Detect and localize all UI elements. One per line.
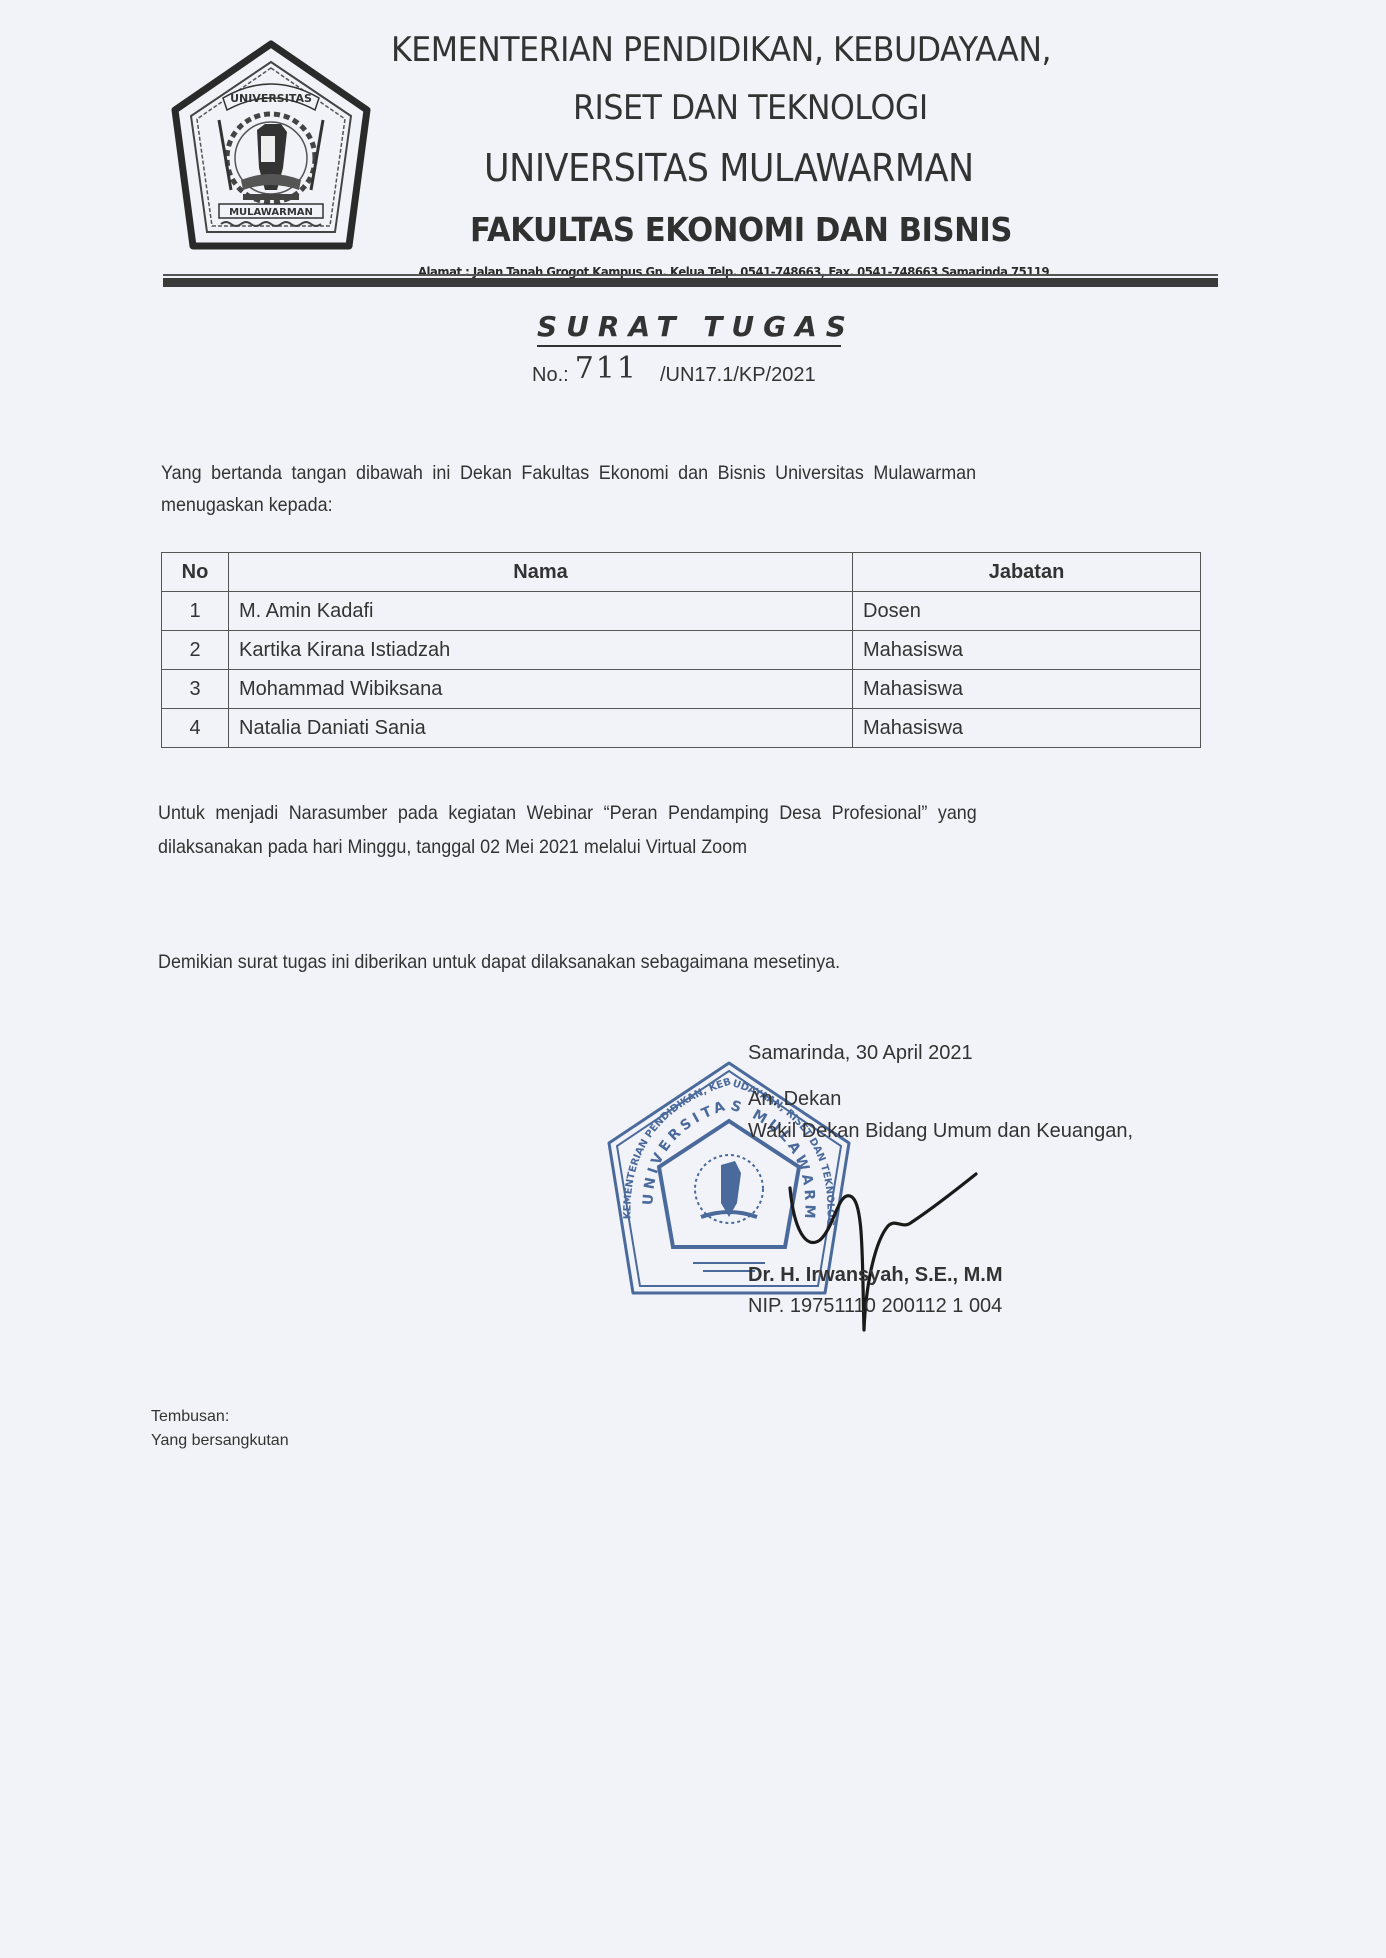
cell-no: 1 [162, 592, 229, 631]
cc-recipient: Yang bersangkutan [151, 1432, 289, 1450]
letterhead-divider [163, 278, 1218, 287]
table-row: 4 Natalia Daniati Sania Mahasiswa [162, 709, 1201, 748]
column-header-no: No [162, 553, 229, 592]
university-name: UNIVERSITAS MULAWARMAN [484, 146, 974, 190]
university-crest-icon: UNIVERSITAS MULAWARMAN [170, 40, 372, 256]
document-number: No.:711/UN17.1/KP/2021 [532, 354, 816, 389]
cell-nama: Kartika Kirana Istiadzah [229, 631, 853, 670]
table-row: 2 Kartika Kirana Istiadzah Mahasiswa [162, 631, 1201, 670]
document-number-prefix: No.: [532, 364, 569, 386]
signatory-role: Wakil Dekan Bidang Umum dan Keuangan, [748, 1120, 1133, 1143]
assignment-purpose-line-1: Untuk menjadi Narasumber pada kegiatan W… [158, 802, 977, 825]
assignment-purpose-line-2: dilaksanakan pada hari Minggu, tanggal 0… [158, 836, 747, 859]
svg-text:UNIVERSITAS: UNIVERSITAS [230, 92, 312, 105]
column-header-jabatan: Jabatan [853, 553, 1201, 592]
table-row: 1 M. Amin Kadafi Dosen [162, 592, 1201, 631]
document-number-handwritten: 711 [575, 351, 638, 386]
faculty-name: FAKULTAS EKONOMI DAN BISNIS [470, 210, 1012, 249]
cc-label: Tembusan: [151, 1408, 229, 1426]
signatory-name: Dr. H. Irwansyah, S.E., M.M [748, 1264, 1003, 1287]
svg-text:MULAWARMAN: MULAWARMAN [229, 207, 313, 218]
signatory-nip: NIP. 19751110 200112 1 004 [748, 1295, 1002, 1318]
cell-jabatan: Mahasiswa [853, 631, 1201, 670]
ministry-name: KEMENTERIAN PENDIDIKAN, KEBUDAYAAN, [391, 30, 1051, 70]
on-behalf-of: An. Dekan [748, 1088, 841, 1111]
cell-jabatan: Dosen [853, 592, 1201, 631]
intro-line-1: Yang bertanda tangan dibawah ini Dekan F… [161, 462, 976, 485]
table-row: 3 Mohammad Wibiksana Mahasiswa [162, 670, 1201, 709]
cell-jabatan: Mahasiswa [853, 709, 1201, 748]
assignee-table: No Nama Jabatan 1 M. Amin Kadafi Dosen 2… [161, 552, 1201, 748]
cell-no: 4 [162, 709, 229, 748]
ministry-name-continued: RISET DAN TEKNOLOGI [573, 88, 928, 128]
document-title: SURAT TUGAS [537, 310, 855, 343]
document-number-suffix: /UN17.1/KP/2021 [660, 364, 816, 386]
table-header-row: No Nama Jabatan [162, 553, 1201, 592]
cell-nama: Mohammad Wibiksana [229, 670, 853, 709]
column-header-nama: Nama [229, 553, 853, 592]
closing-statement: Demikian surat tugas ini diberikan untuk… [158, 951, 840, 974]
cell-no: 2 [162, 631, 229, 670]
title-underline [537, 345, 841, 347]
intro-line-2: menugaskan kepada: [161, 494, 333, 517]
cell-no: 3 [162, 670, 229, 709]
letterhead-divider-thin [163, 274, 1218, 276]
cell-nama: M. Amin Kadafi [229, 592, 853, 631]
place-and-date: Samarinda, 30 April 2021 [748, 1042, 973, 1065]
cell-nama: Natalia Daniati Sania [229, 709, 853, 748]
faculty-address: Alamat : Jalan Tanah Grogot Kampus Gn. K… [418, 264, 1049, 279]
cell-jabatan: Mahasiswa [853, 670, 1201, 709]
